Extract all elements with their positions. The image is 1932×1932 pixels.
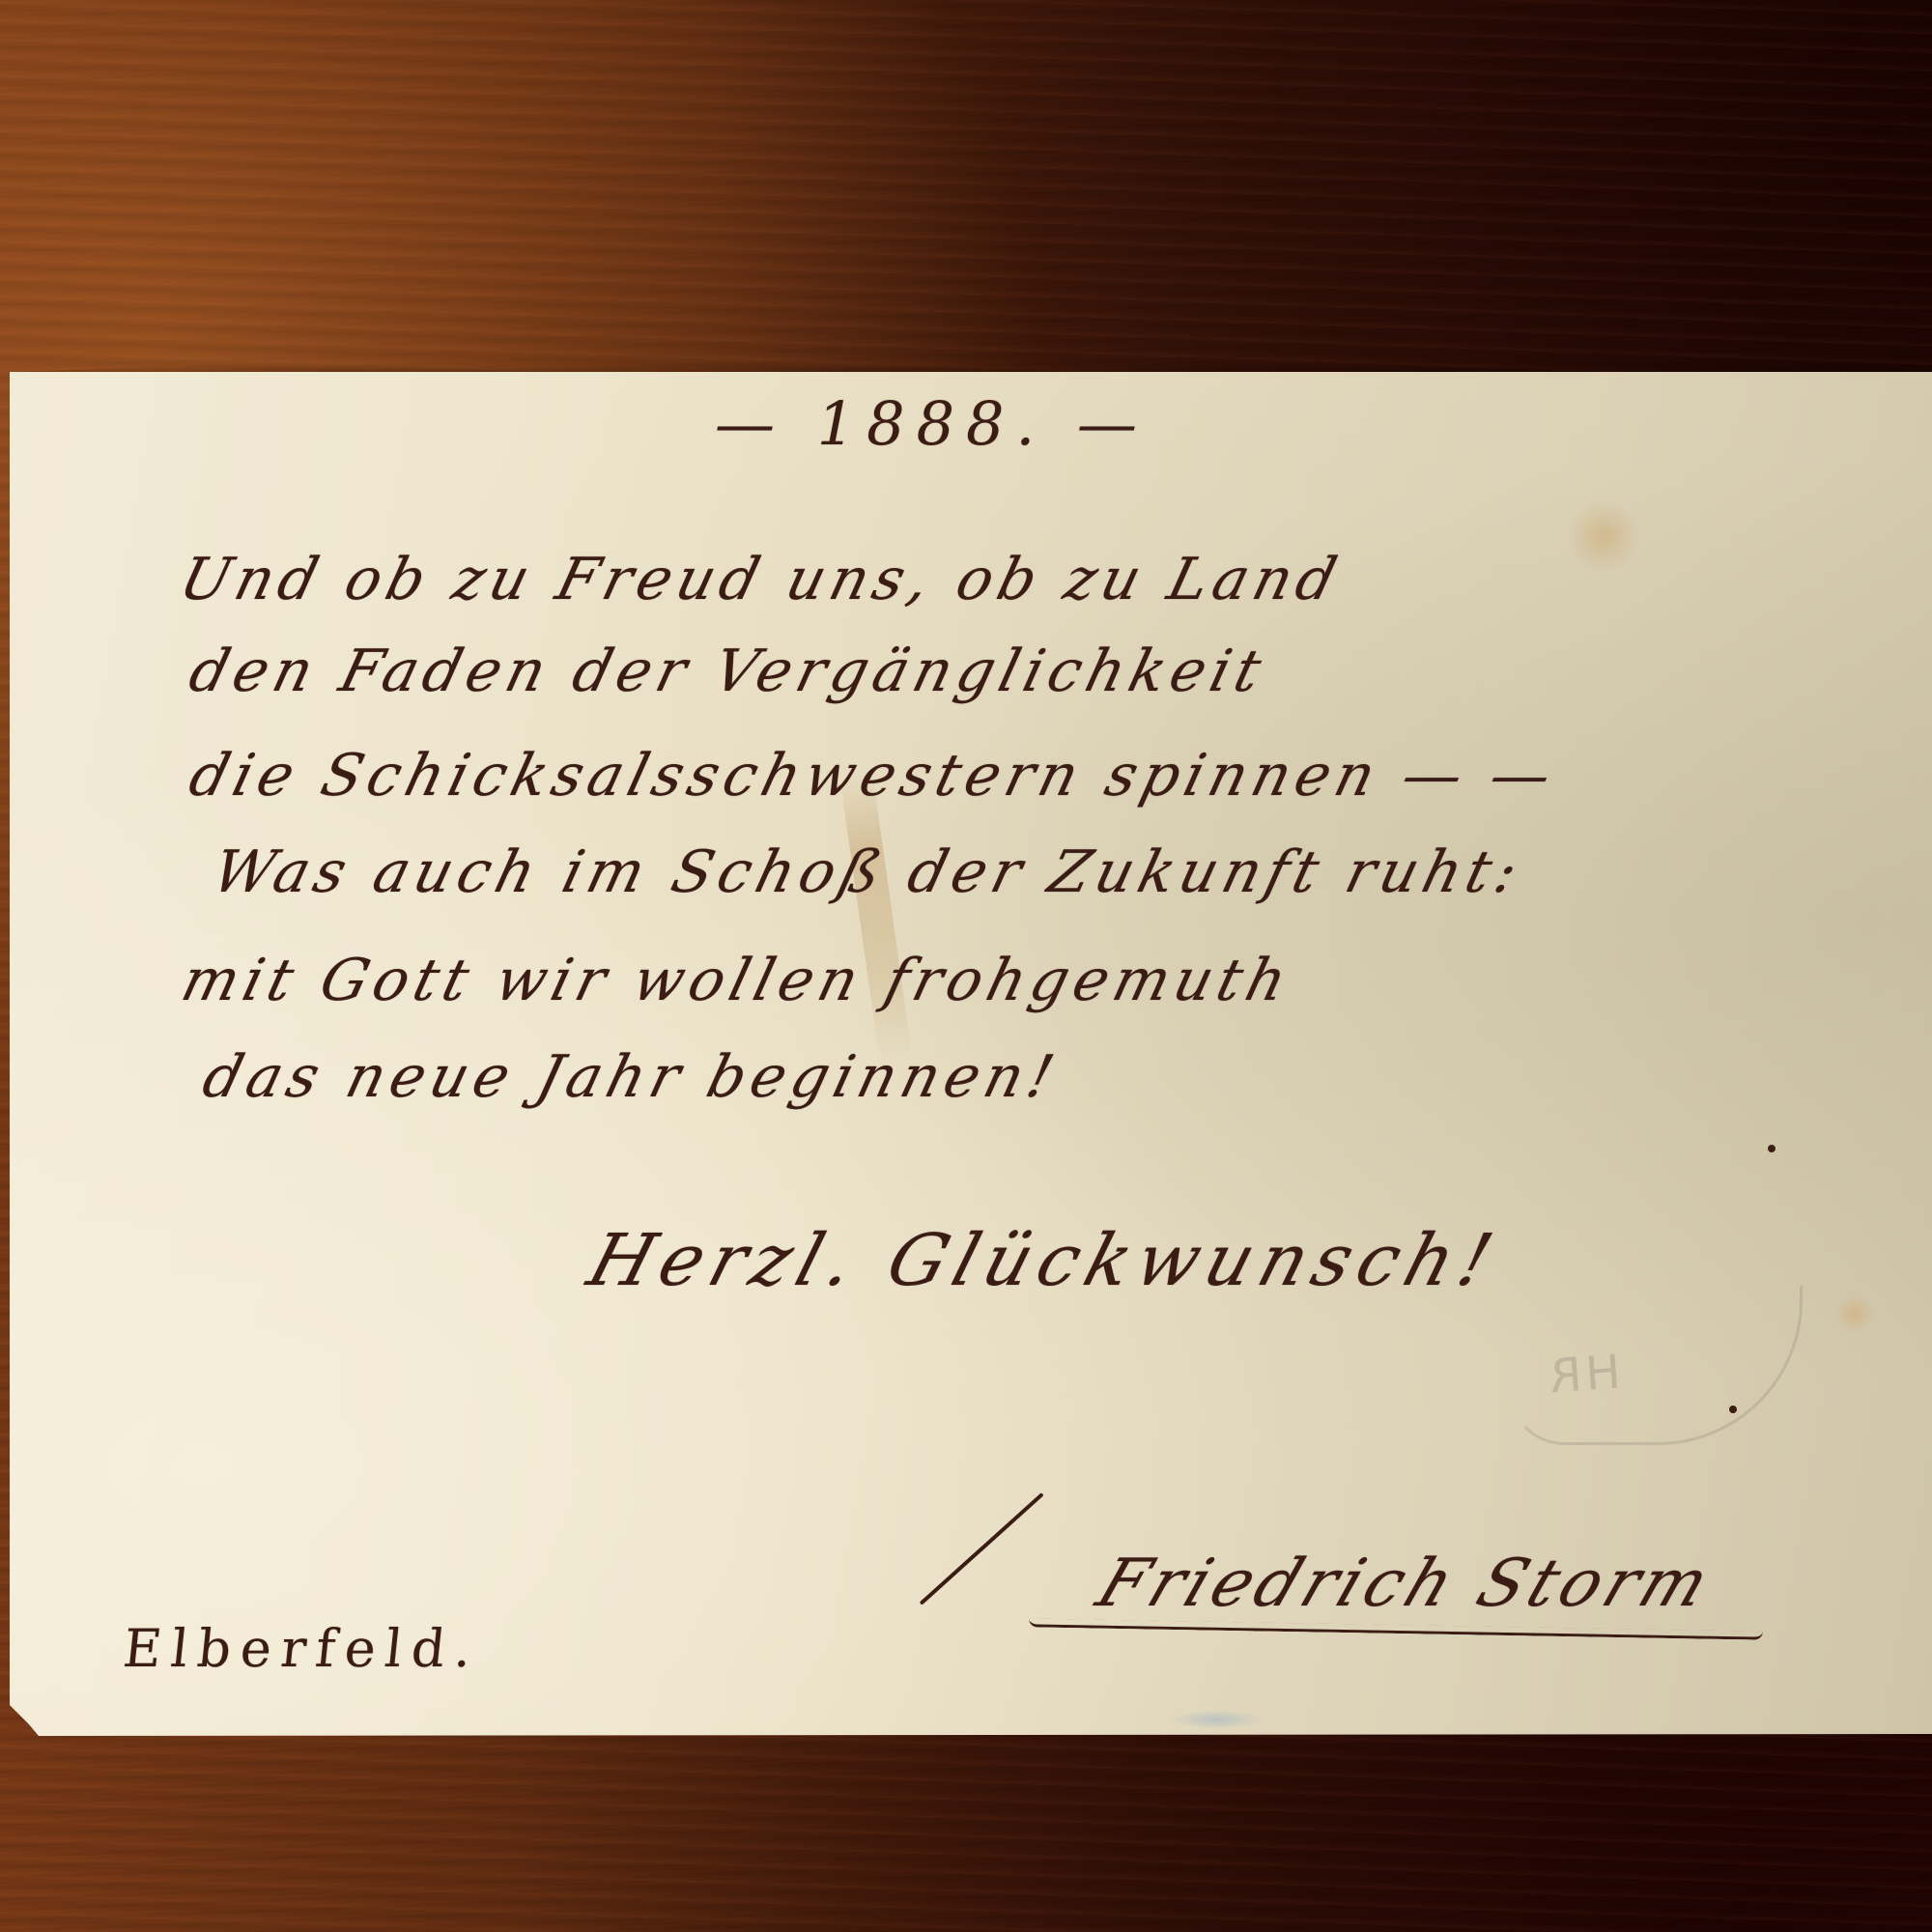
blue-ink-trace <box>1169 1710 1265 1729</box>
greeting-text: Herzl. Glückwunsch! <box>580 1219 1509 1302</box>
ink-dot <box>1768 1145 1776 1152</box>
poem-line-6: das neue Jahr beginnen! <box>196 1043 1065 1111</box>
poem-line-2: den Faden der Vergänglichkeit <box>183 638 1273 705</box>
year-header: — 1888. — <box>715 388 1149 459</box>
poem-line-4: Was auch im Schoß der Zukunft ruht: <box>206 838 1529 906</box>
signature-flourish-stroke <box>920 1492 1044 1605</box>
foxing-stain-small <box>1835 1294 1874 1333</box>
foxing-stain <box>1565 502 1642 570</box>
postmark-text: HR <box>1544 1345 1622 1404</box>
poem-line-5: mit Gott wir wollen frohgemuth <box>175 947 1298 1014</box>
water-stain <box>839 772 912 1064</box>
signature: Friedrich Storm <box>1088 1546 1724 1622</box>
poem-line-1: Und ob zu Freud uns, ob zu Land <box>173 546 1349 613</box>
ink-dot <box>1729 1406 1737 1413</box>
place-name: Elberfeld. <box>121 1618 485 1679</box>
poem-line-3: die Schicksalsschwestern spinnen — — <box>183 742 1563 810</box>
